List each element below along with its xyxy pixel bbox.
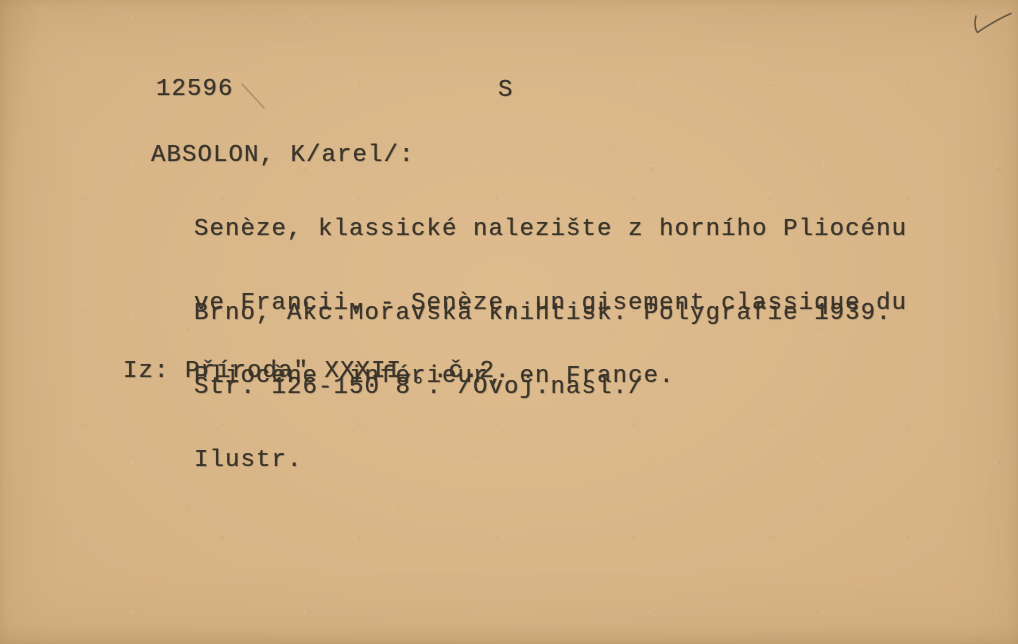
imprint-statement: Brno, Akc.Moravská knihtisk. Polygrafie …	[194, 253, 892, 523]
catalog-number: 12596	[156, 78, 234, 103]
pencil-slash-mark	[238, 80, 268, 112]
section-letter: S	[498, 79, 514, 104]
imprint-line: Brno, Akc.Moravská knihtisk. Polygrafie …	[194, 302, 892, 327]
author-heading: ABSOLON, K/arel/:	[151, 144, 415, 169]
title-line: Senèze, klassické nalezište z horního Pl…	[194, 218, 907, 243]
catalog-card: 12596 S ABSOLON, K/arel/: Senèze, klassi…	[0, 0, 1018, 644]
source-note: Iz: Příroda" XXXII, .č.2.	[123, 360, 511, 385]
pen-checkmark-icon	[964, 9, 1016, 41]
imprint-line: Ilustr.	[194, 449, 892, 474]
